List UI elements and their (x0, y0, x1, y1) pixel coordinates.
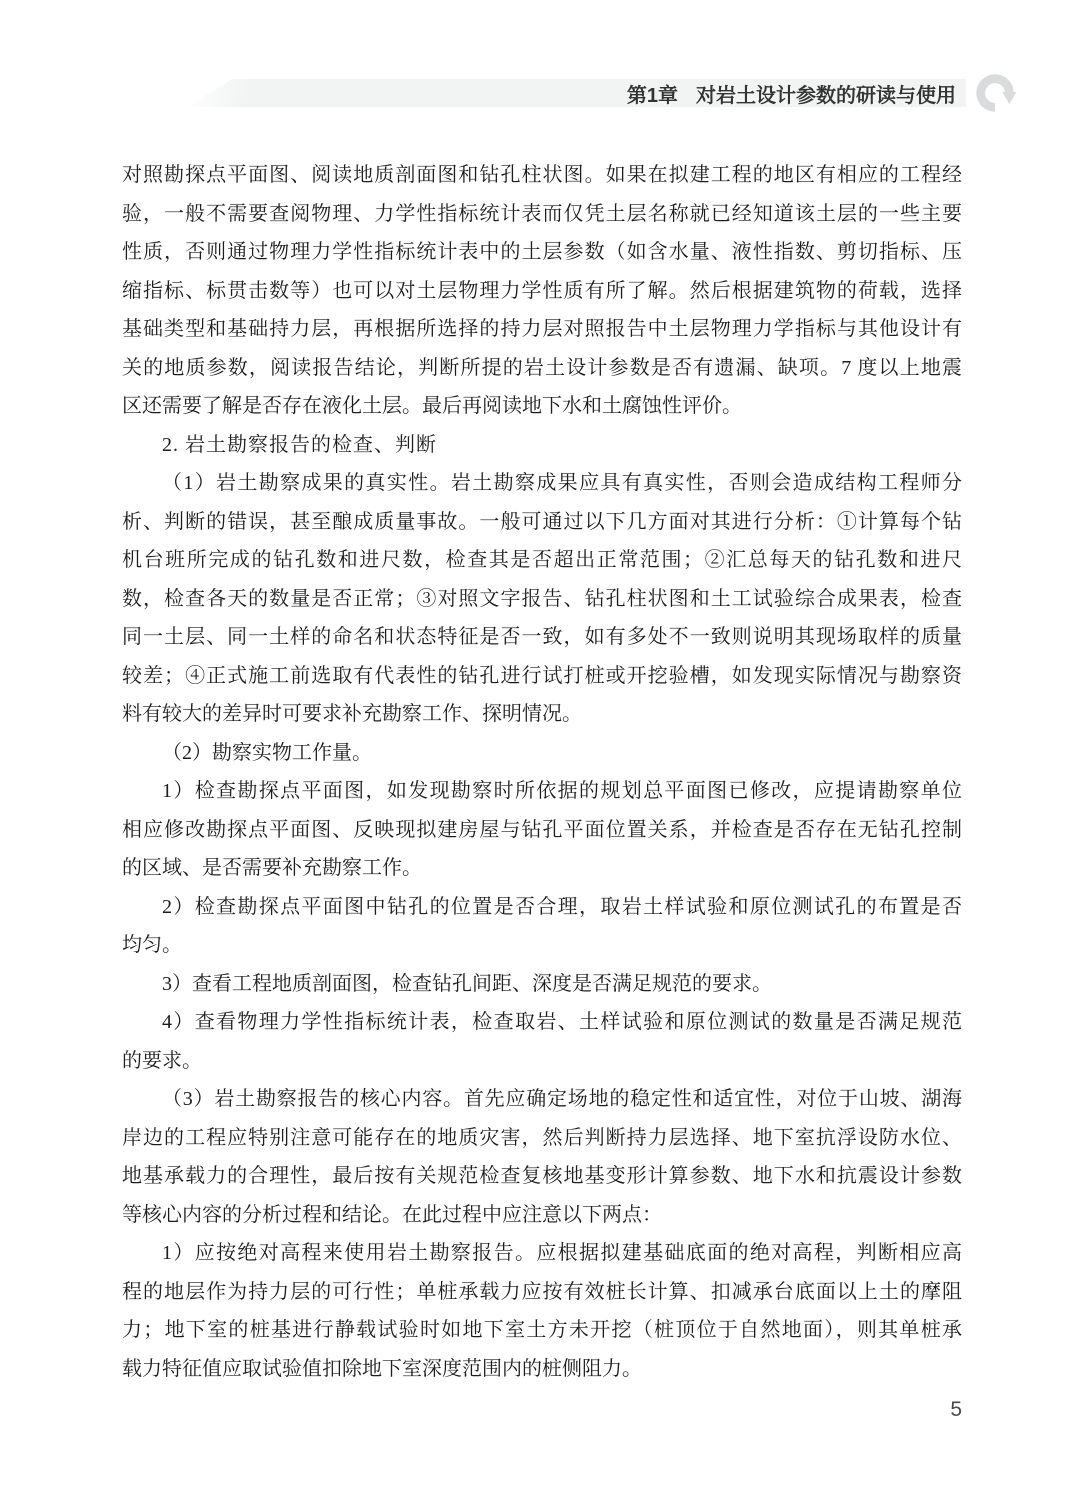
text-line: 力；地下室的桩基进行静载试验时如地下室土方未开挖（桩顶位于自然地面），则其单桩承 (122, 1311, 962, 1350)
subheading-line: 2. 岩土勘察报告的检查、判断 (122, 426, 962, 465)
chapter-number: 第1章 (627, 79, 678, 108)
text-line: 数，检查各天的数量是否正常；③对照文字报告、钻孔柱状图和土工试验综合成果表，检查 (122, 580, 962, 619)
text-line: （1）岩土勘察成果的真实性。岩土勘察成果应具有真实性，否则会造成结构工程师分 (122, 464, 962, 503)
chapter-header-bar: 第1章 对岩土设计参数的研读与使用 (187, 79, 966, 107)
text-line: 缩指标、标贯击数等）也可以对土层物理力学性质有所了解。然后根据建筑物的荷载，选择 (122, 272, 962, 311)
text-line: 岸边的工程应特别注意可能存在的地质灾害，然后判断持力层选择、地下室抗浮设防水位、 (122, 1119, 962, 1158)
text-line: 较差；④正式施工前选取有代表性的钻孔进行试打桩或开挖验槽，如发现实际情况与勘察资 (122, 657, 962, 696)
rotate-clockwise-arrow-icon (973, 71, 1017, 115)
text-line: 4）查看物理力学性指标统计表，检查取岩、土样试验和原位测试的数量是否满足规范 (122, 1003, 962, 1042)
page-body-text: 对照勘探点平面图、阅读地质剖面图和钻孔柱状图。如果在拟建工程的地区有相应的工程经… (122, 156, 962, 1388)
text-line: 机台班所完成的钻孔数和进尺数，检查其是否超出正常范围；②汇总每天的钻孔数和进尺 (122, 541, 962, 580)
text-line: 料有较大的差异时可要求补充勘察工作、探明情况。 (122, 695, 962, 734)
text-line: 关的地质参数，阅读报告结论，判断所提的岩土设计参数是否有遗漏、缺项。7 度以上地… (122, 349, 962, 388)
text-line: 等核心内容的分析过程和结论。在此过程中应注意以下两点： (122, 1196, 962, 1235)
text-line: 载力特征值应取试验值扣除地下室深度范围内的桩侧阻力。 (122, 1350, 962, 1389)
text-line: （2）勘察实物工作量。 (122, 734, 962, 773)
book-page: 第1章 对岩土设计参数的研读与使用 对照勘探点平面图、阅读地质剖面图和钻孔柱状图… (0, 0, 1080, 1504)
text-line: 地基承载力的合理性，最后按有关规范检查复核地基变形计算参数、地下水和抗震设计参数 (122, 1157, 962, 1196)
text-line: 1）检查勘探点平面图，如发现勘察时所依据的规划总平面图已修改，应提请勘察单位 (122, 772, 962, 811)
text-line: 的要求。 (122, 1042, 962, 1081)
text-line: 2）检查勘探点平面图中钻孔的位置是否合理，取岩土样试验和原位测试孔的布置是否 (122, 888, 962, 927)
text-line: 3）查看工程地质剖面图，检查钻孔间距、深度是否满足规范的要求。 (122, 965, 962, 1004)
text-line: 均匀。 (122, 926, 962, 965)
text-line: 1）应按绝对高程来使用岩土勘察报告。应根据拟建基础底面的绝对高程，判断相应高 (122, 1234, 962, 1273)
text-line: 基础类型和基础持力层，再根据所选择的持力层对照报告中土层物理力学指标与其他设计有 (122, 310, 962, 349)
text-line: 同一土层、同一土样的命名和状态特征是否一致，如有多处不一致则说明其现场取样的质量 (122, 618, 962, 657)
chapter-title: 对岩土设计参数的研读与使用 (696, 79, 956, 108)
text-line: （3）岩土勘察报告的核心内容。首先应确定场地的稳定性和适宜性，对位于山坡、湖海 (122, 1080, 962, 1119)
text-line: 程的地层作为持力层的可行性；单桩承载力应按有效桩长计算、扣减承台底面以上土的摩阻 (122, 1273, 962, 1312)
page-number: 5 (122, 1398, 962, 1422)
text-line: 区还需要了解是否存在液化土层。最后再阅读地下水和土腐蚀性评价。 (122, 387, 962, 426)
text-line: 的区域、是否需要补充勘察工作。 (122, 849, 962, 888)
text-line: 对照勘探点平面图、阅读地质剖面图和钻孔柱状图。如果在拟建工程的地区有相应的工程经 (122, 156, 962, 195)
text-line: 性质，否则通过物理力学性指标统计表中的土层参数（如含水量、液性指数、剪切指标、压 (122, 233, 962, 272)
text-line: 验，一般不需要查阅物理、力学性指标统计表而仅凭土层名称就已经知道该土层的一些主要 (122, 195, 962, 234)
text-line: 析、判断的错误，甚至酿成质量事故。一般可通过以下几方面对其进行分析：①计算每个钻 (122, 503, 962, 542)
text-line: 相应修改勘探点平面图、反映现拟建房屋与钻孔平面位置关系，并检查是否存在无钻孔控制 (122, 811, 962, 850)
